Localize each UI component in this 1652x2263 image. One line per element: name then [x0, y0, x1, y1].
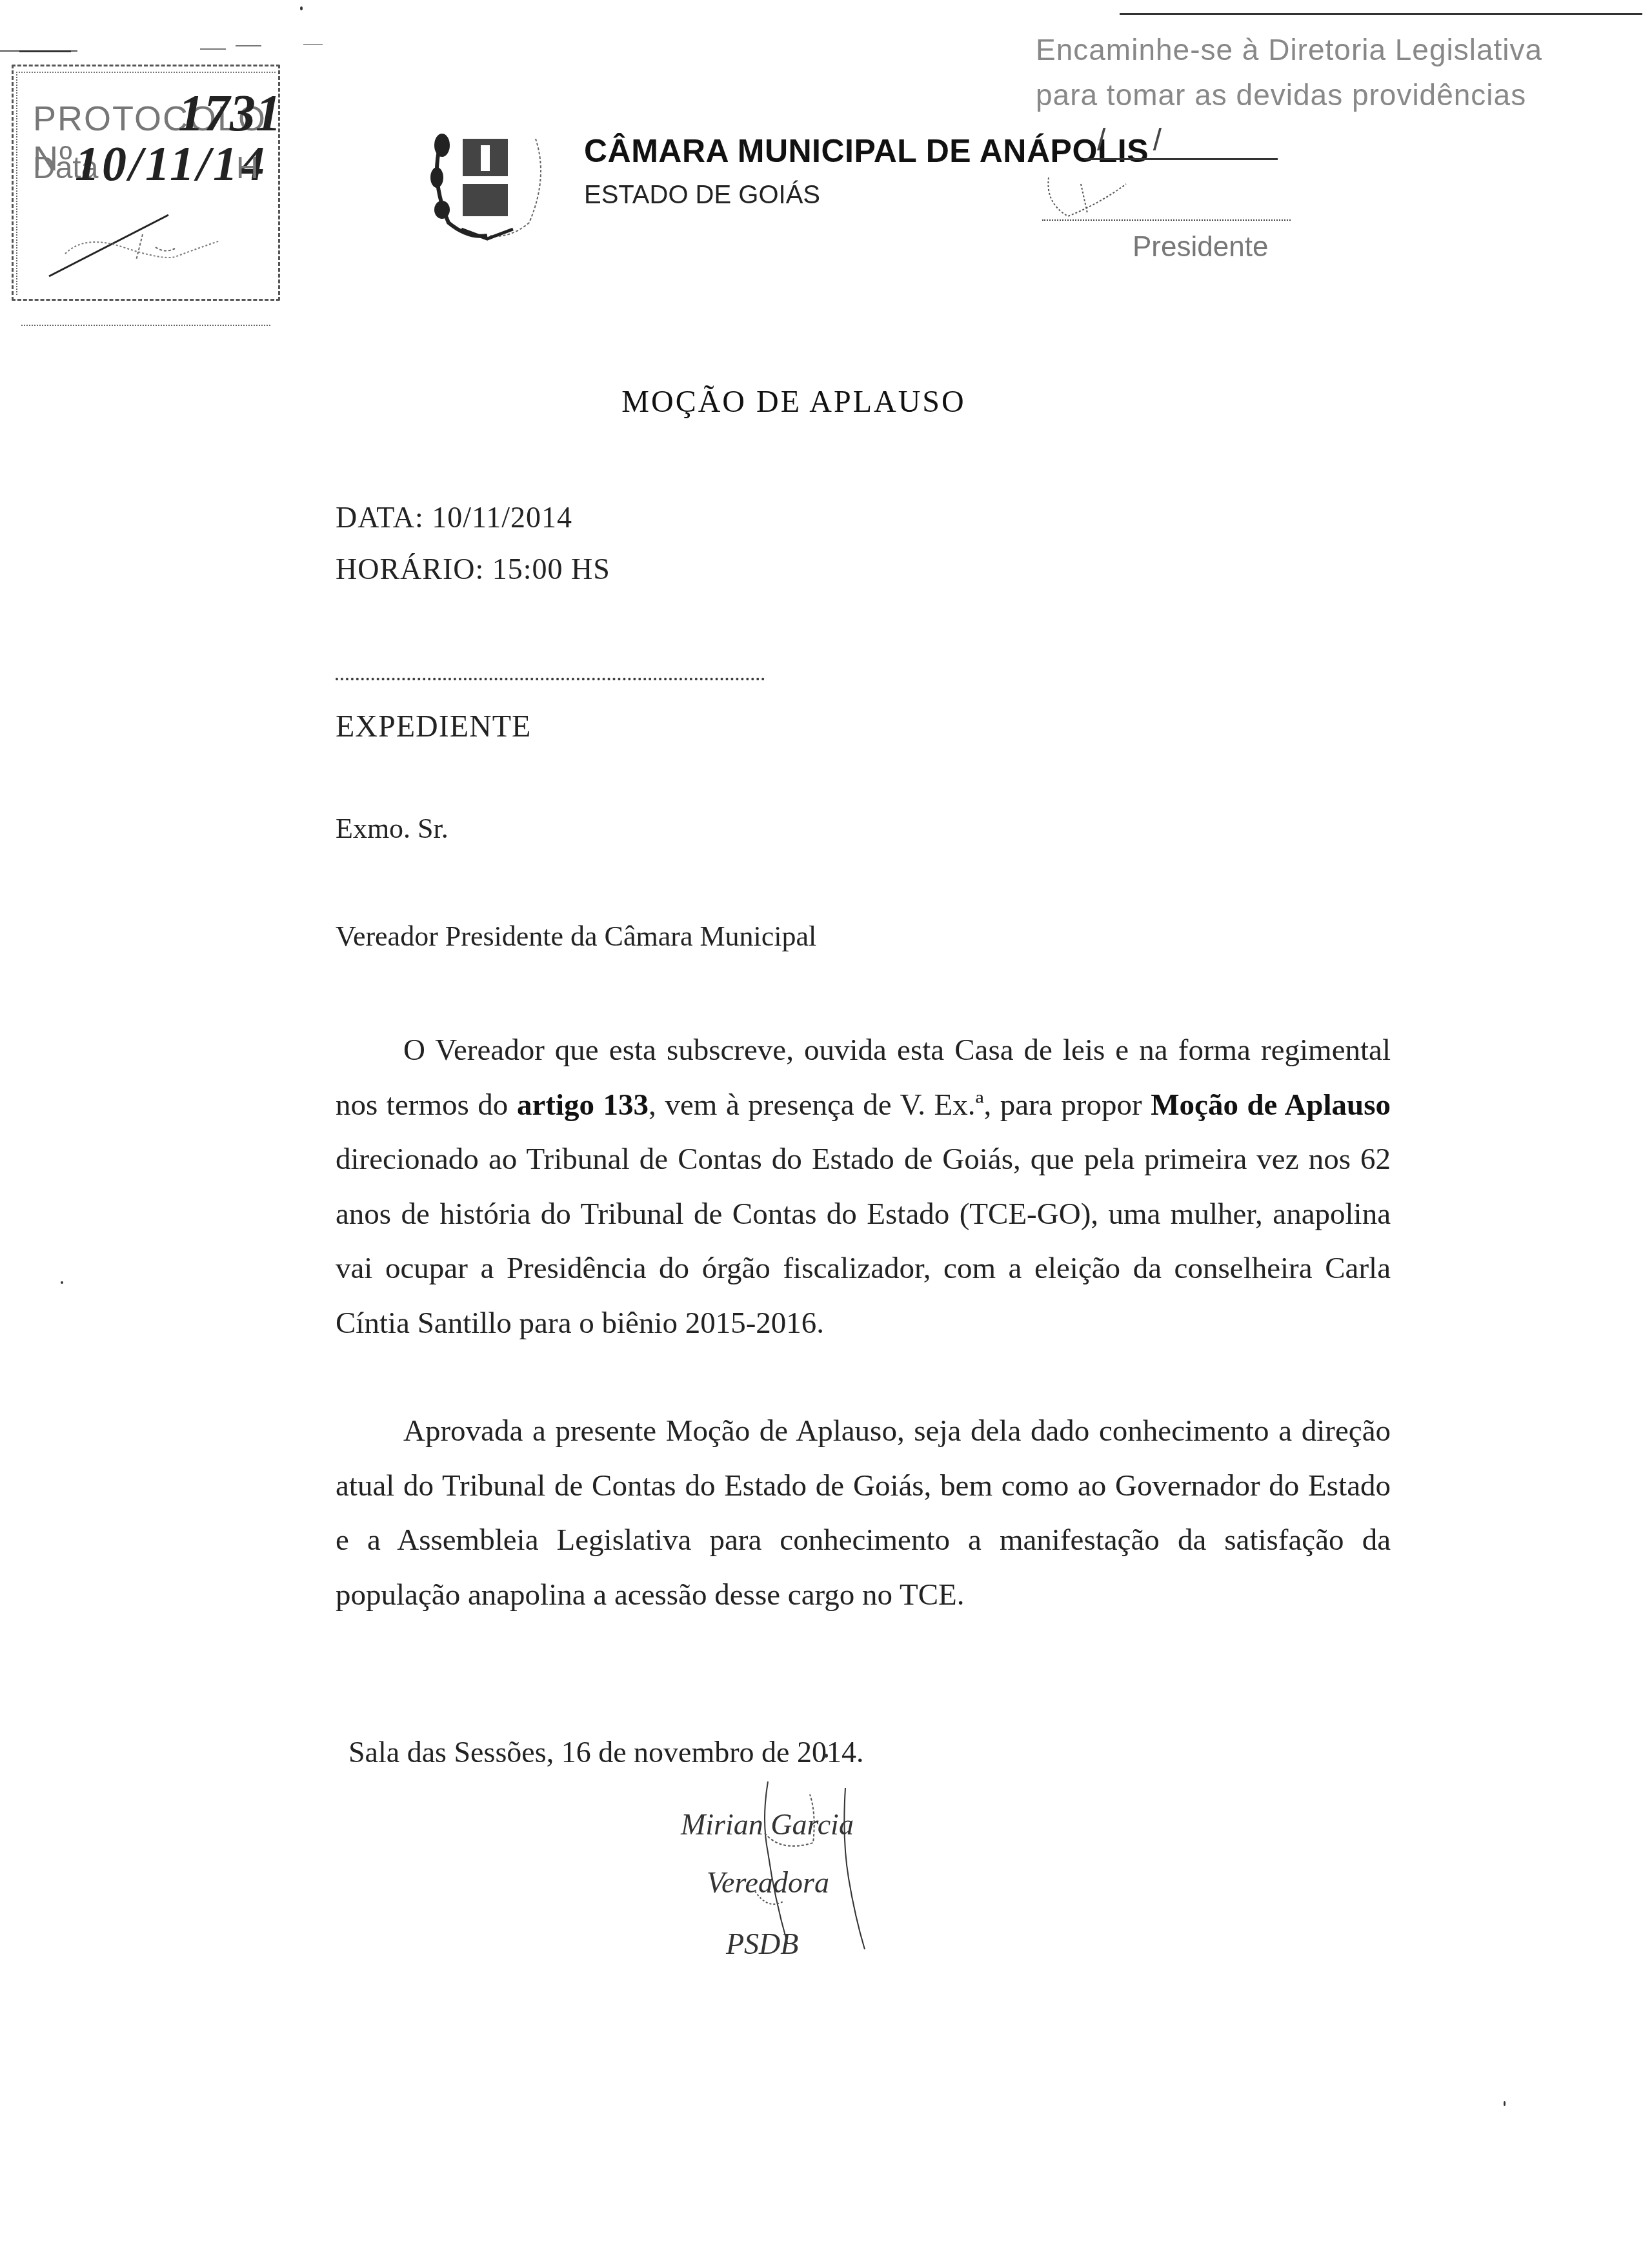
protocol-number: 1731	[178, 85, 281, 143]
addressee: Vereador Presidente da Câmara Municipal	[336, 920, 816, 953]
signatory-role: Vereadora	[707, 1865, 829, 1900]
president-signature-icon	[1042, 165, 1139, 223]
scan-artifact-line	[303, 44, 323, 45]
scan-artifact-line	[200, 48, 226, 50]
signatory-party: PSDB	[726, 1927, 798, 1961]
motion-name: Moção de Aplauso	[1151, 1088, 1391, 1122]
scan-artifact-line	[236, 45, 261, 46]
body-paragraph-2: Aprovada a presente Moção de Aplauso, se…	[336, 1404, 1391, 1622]
dispatch-instruction-2: para tomar as devidas providências	[1036, 77, 1526, 112]
salutation: Exmo. Sr.	[336, 812, 448, 845]
dispatch-role: Presidente	[1133, 231, 1268, 263]
scan-speck	[61, 1281, 63, 1284]
scan-speck	[1504, 2101, 1506, 2106]
scan-artifact-line	[19, 50, 71, 52]
body-paragraph-1: O Vereador que esta subscreve, ouvida es…	[336, 1023, 1391, 1350]
dispatch-stamp: Encaminhe-se à Diretoria Legislativa par…	[1036, 32, 1652, 284]
dotted-separator	[336, 678, 765, 680]
coat-of-arms-icon	[423, 126, 555, 242]
session-date: DATA: 10/11/2014	[336, 500, 572, 534]
document-title: MOÇÃO DE APLAUSO	[0, 384, 1587, 420]
institution-state: ESTADO DE GOIÁS	[584, 181, 820, 210]
stamp-hour-label: H	[236, 150, 259, 186]
stamp-signature-icon	[46, 208, 252, 279]
dispatch-instruction: Encaminhe-se à Diretoria Legislativa	[1036, 32, 1542, 67]
session-time: HORÁRIO: 15:00 HS	[336, 552, 610, 586]
article-reference: artigo 133	[517, 1088, 649, 1122]
section-heading: EXPEDIENTE	[336, 709, 531, 744]
protocol-stamp: PROTOCOLO Nº 1731 Data 10/11/14 H	[12, 65, 280, 301]
dispatch-date-marks: / /	[1097, 123, 1181, 158]
scan-speck	[300, 6, 303, 10]
signatory-name: Mirian Garcia	[681, 1807, 854, 1842]
